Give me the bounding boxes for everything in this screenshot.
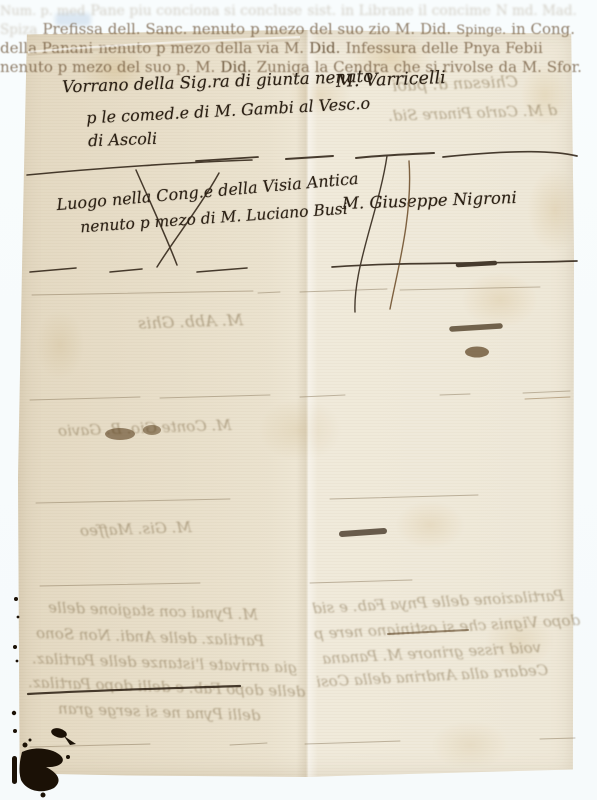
- bleedthrough-line: Infessura delle Pnya Febii: [345, 39, 542, 57]
- bleedthrough-line: nenuto p mezo della via M.: [98, 39, 304, 57]
- bleedthrough-line: M. Gis. Maffeo: [80, 520, 192, 539]
- manuscript-scan: Num. p. med Pane piu conciona si conclus…: [0, 0, 597, 800]
- entry1-name: M. Varricelli: [336, 70, 446, 91]
- entry1-line3: di Ascoli: [88, 131, 158, 149]
- bleedthrough-line: sist. in Librane il concime: [307, 3, 490, 19]
- bleedthrough-line: Spinge.: [456, 23, 506, 38]
- bleedthrough-line: Pane piu conciona si concluse: [90, 3, 302, 19]
- bleedthrough-line: Prefissa dell. Sanc. nenuto: [42, 20, 245, 38]
- bleedthrough-line: M. Abb. Ghis: [138, 312, 244, 332]
- bleedthrough-line: da M. Sfor.: [499, 58, 582, 76]
- bleedthrough-line: p mezo del suo zio M. Did.: [250, 20, 451, 38]
- bleedthrough-line: Did.: [309, 39, 340, 57]
- bleedthrough-line: Num. p. med: [0, 4, 85, 19]
